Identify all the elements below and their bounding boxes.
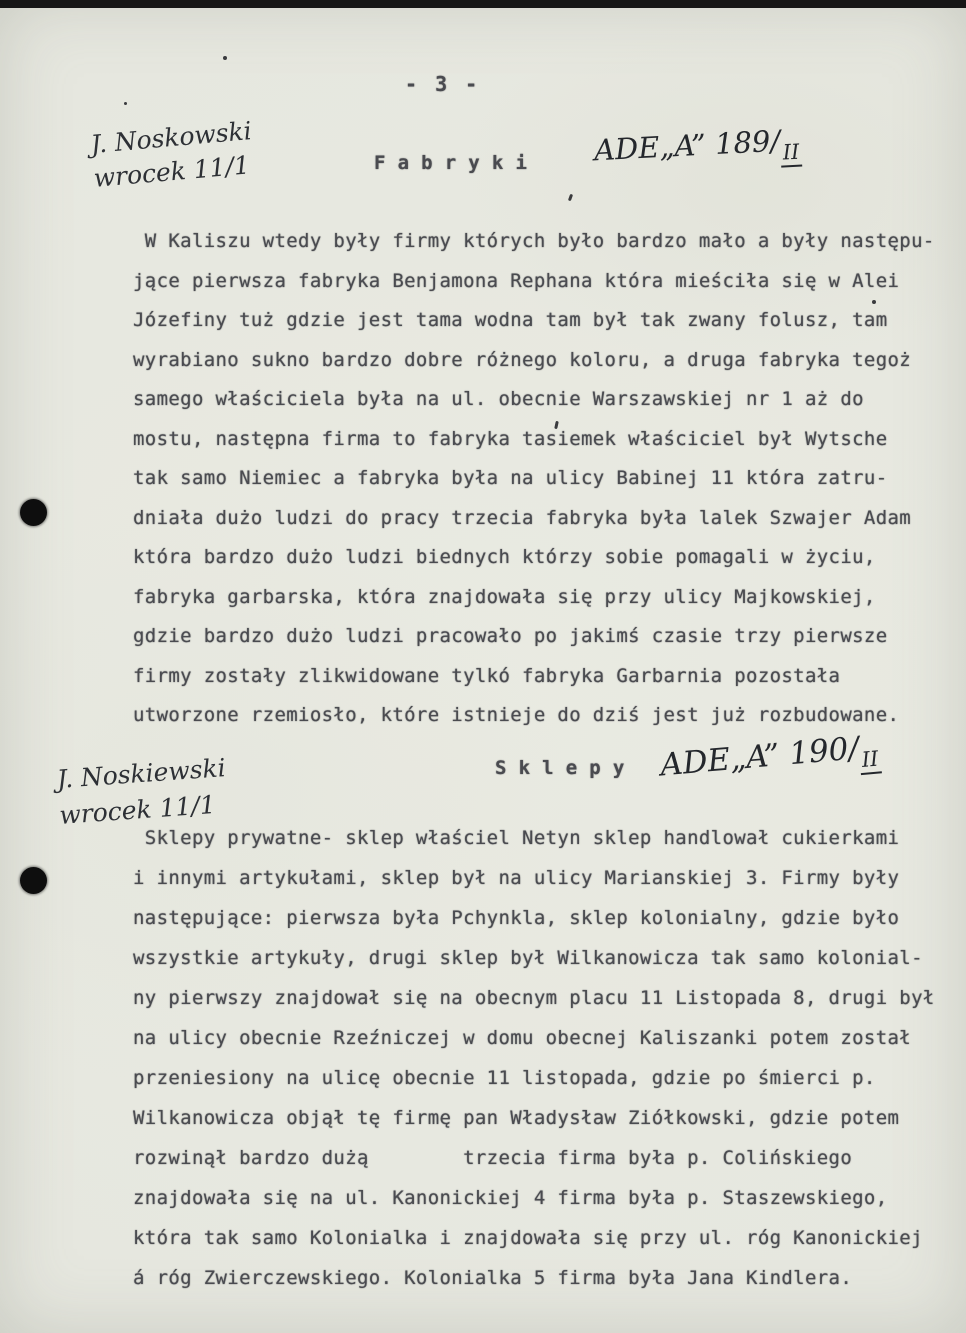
handwritten-note-fabryki: J. Noskowski wrocek 11/1 — [89, 114, 256, 196]
ink-speck — [568, 194, 573, 202]
ink-speck — [223, 56, 227, 60]
hole-punch-bottom — [20, 867, 47, 894]
handwritten-archive-ref-fabryki: ADE„A” 189/II — [593, 123, 801, 169]
archive-ref-underlined: II — [780, 140, 802, 168]
page-number: - 3 - — [405, 72, 480, 96]
scanned-page: - 3 - J. Noskowski wrocek 11/1 F a b r y… — [0, 0, 966, 1333]
scan-top-edge — [0, 0, 966, 8]
ink-speck — [124, 102, 127, 105]
section-heading-fabryki: F a b r y k i — [374, 152, 527, 174]
handwritten-archive-ref-sklepy: ADE„A” 190/II — [659, 728, 881, 783]
archive-ref-text: ADE„A” 189/ — [593, 124, 781, 168]
hole-punch-top — [20, 499, 47, 526]
paragraph-fabryki: W Kaliszu wtedy były firmy których było … — [133, 222, 935, 736]
paragraph-sklepy: Sklepy prywatne- sklep właściel Netyn sk… — [133, 818, 935, 1298]
archive-ref-text: ADE„A” 190/ — [659, 730, 860, 783]
section-heading-sklepy: S k l e p y — [495, 757, 625, 779]
archive-ref-underlined: II — [859, 746, 882, 775]
